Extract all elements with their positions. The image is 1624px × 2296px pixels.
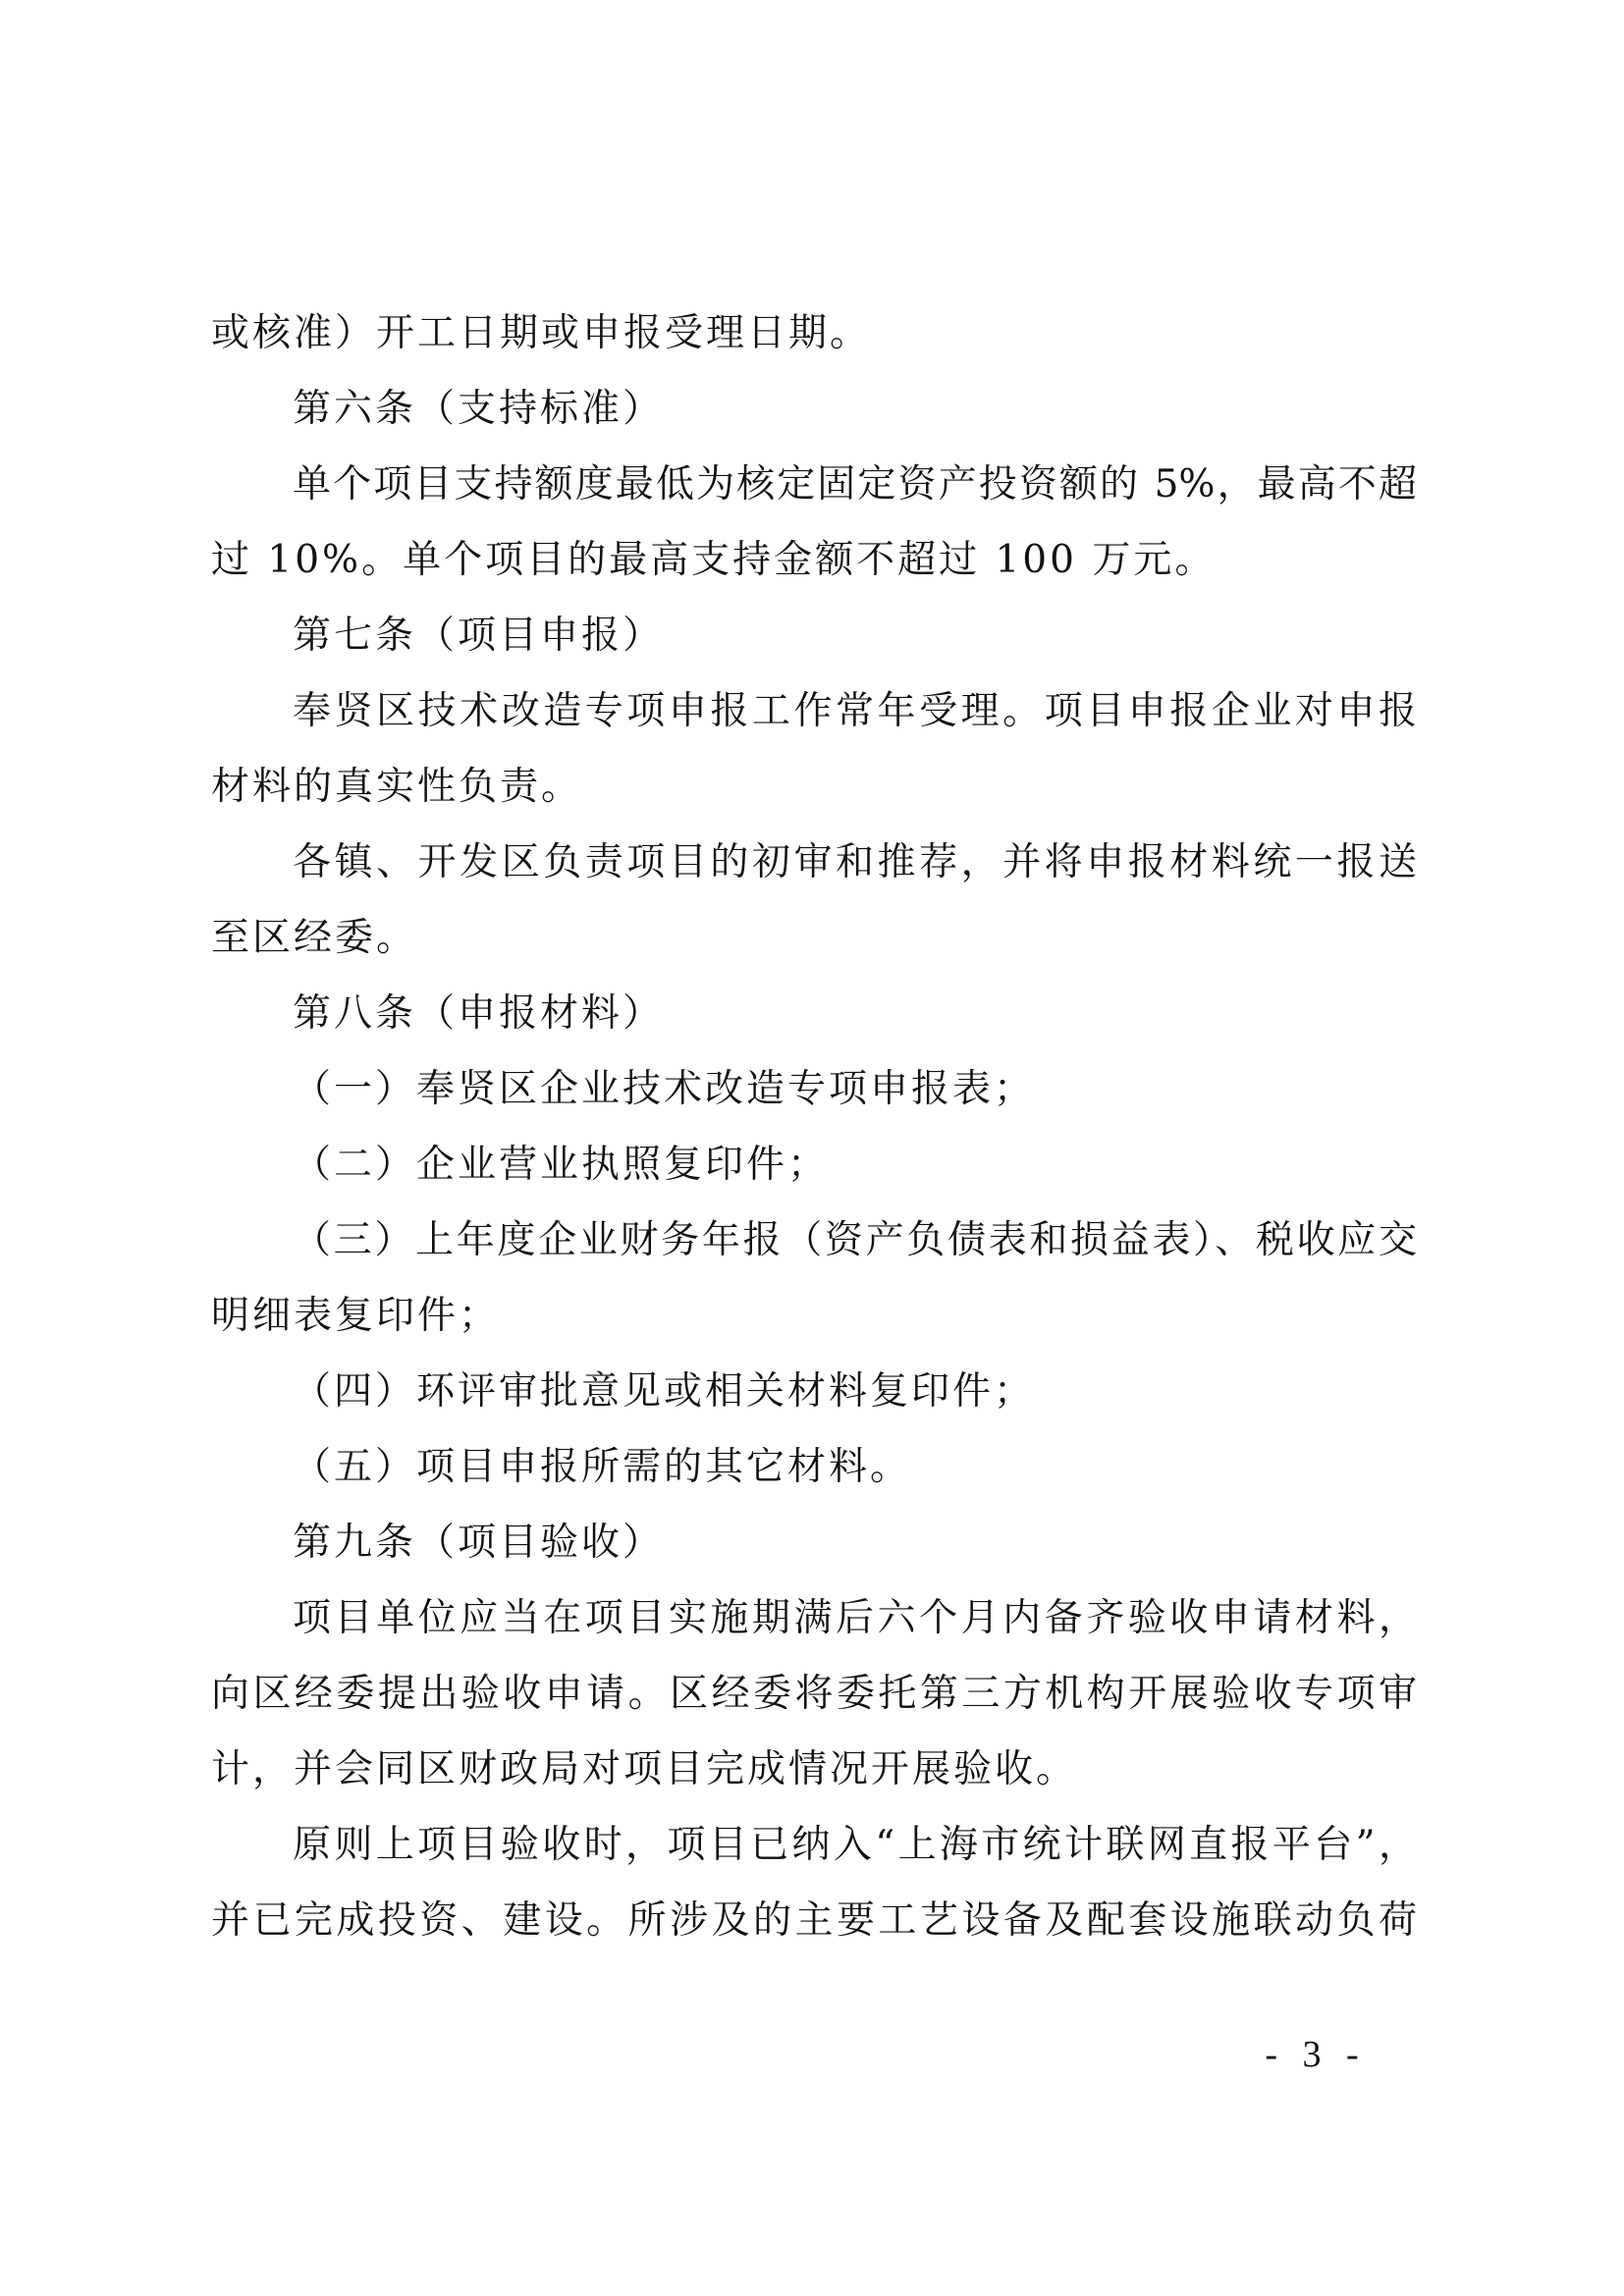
list-item-4: （四）环评审批意见或相关材料复印件；: [293, 1367, 1417, 1416]
body-text-line: 单个项目支持额度最低为核定固定资产投资额的 5%，最高不超: [293, 460, 1417, 509]
article-heading-6: 第六条（支持标准）: [293, 385, 1417, 434]
list-item-5: （五）项目申报所需的其它材料。: [293, 1443, 1417, 1492]
body-text-line: 各镇、开发区负责项目的初审和推荐，并将申报材料统一报送: [293, 838, 1417, 887]
body-text-line: 并已完成投资、建设。所涉及的主要工艺设备及配套设施联动负荷: [211, 1896, 1417, 1946]
body-text-line: 奉贤区技术改造专项申报工作常年受理。项目申报企业对申报: [293, 687, 1417, 736]
document-page: 或核准）开工日期或申报受理日期。 第六条（支持标准） 单个项目支持额度最低为核定…: [0, 0, 1624, 2296]
page-number: - 3 -: [1247, 2030, 1384, 2079]
body-text-line: 计，并会同区财政局对项目完成情况开展验收。: [211, 1745, 1417, 1794]
article-heading-9: 第九条（项目验收）: [293, 1519, 1417, 1568]
body-text-line: 原则上项目验收时，项目已纳入“上海市统计联网直报平台”，: [293, 1821, 1417, 1870]
article-heading-8: 第八条（申报材料）: [293, 989, 1417, 1039]
list-item-2: （二）企业营业执照复印件；: [293, 1141, 1417, 1190]
body-text-line: 或核准）开工日期或申报受理日期。: [211, 309, 1417, 358]
body-text-line: 至区经委。: [211, 914, 1417, 963]
list-item-1: （一）奉贤区企业技术改造专项申报表；: [293, 1065, 1417, 1114]
list-item-3: （三）上年度企业财务年报（资产负债表和损益表）、税收应交: [293, 1216, 1417, 1265]
list-item-3-cont: 明细表复印件；: [211, 1292, 1417, 1341]
body-text-line: 项目单位应当在项目实施期满后六个月内备齐验收申请材料，: [293, 1594, 1417, 1643]
body-text-line: 过 10%。单个项目的最高支持金额不超过 100 万元。: [211, 536, 1417, 585]
body-text-line: 向区经委提出验收申请。区经委将委托第三方机构开展验收专项审: [211, 1670, 1417, 1719]
article-heading-7: 第七条（项目申报）: [293, 612, 1417, 661]
body-text-line: 材料的真实性负责。: [211, 763, 1417, 812]
